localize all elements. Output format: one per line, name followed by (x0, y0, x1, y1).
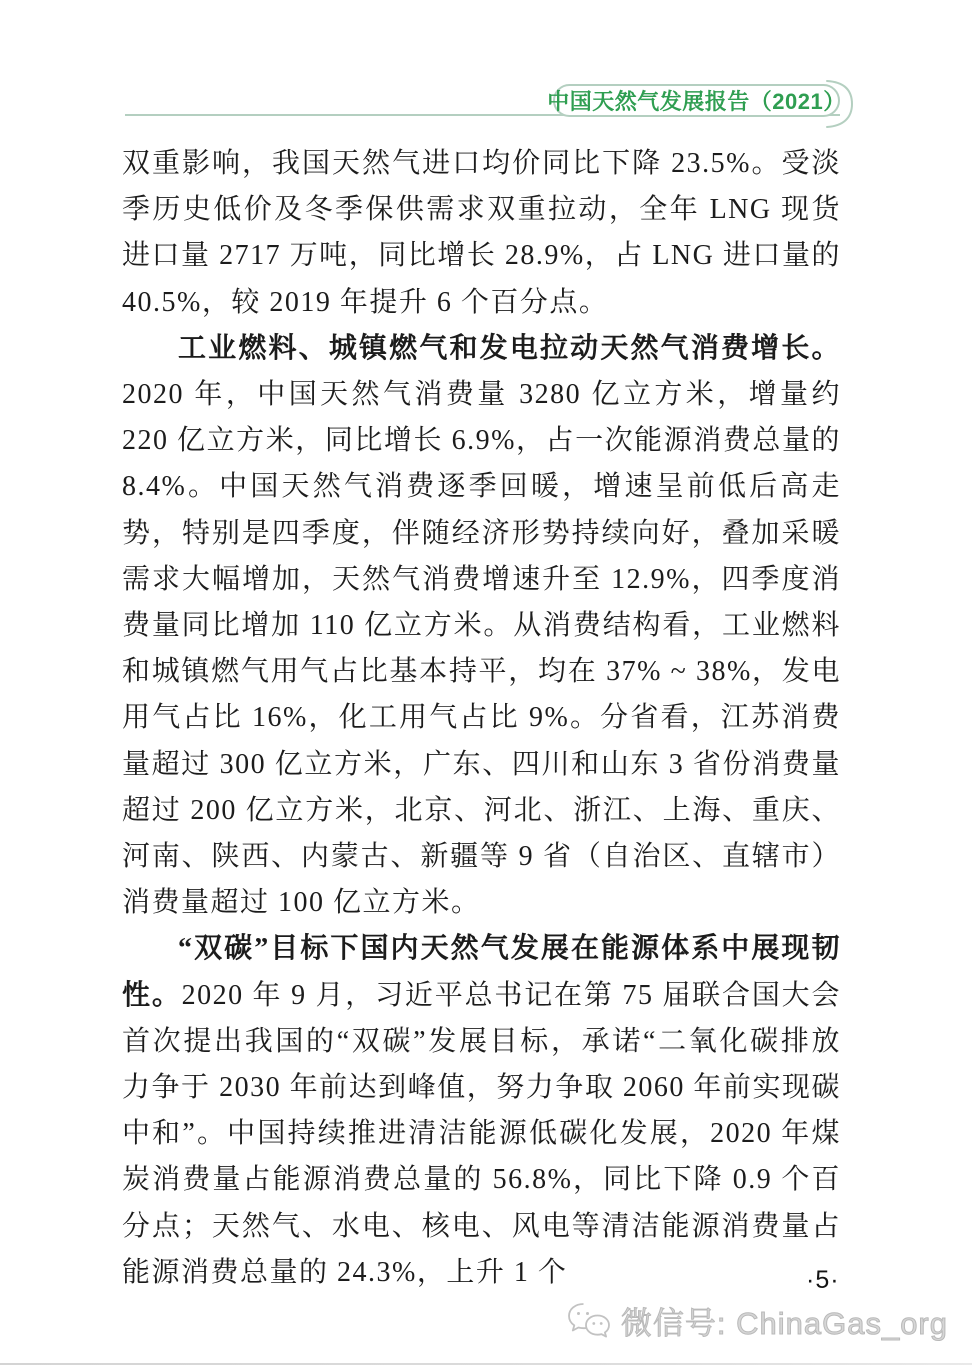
paragraph-lead-text: 工业燃料、城镇燃气和发电拉动天然气消费增长。 (178, 333, 841, 364)
document-page: 中国天然气发展报告（2021） 双重影响，我国天然气进口均价同比下降 23.5%… (0, 0, 972, 1365)
report-title-badge: 中国天然气发展报告（2021） (553, 84, 840, 117)
paragraph-consumption-growth: 工业燃料、城镇燃气和发电拉动天然气消费增长。2020 年，中国天然气消费量 32… (122, 326, 841, 927)
page-title: 中国天然气发展报告（2021） (547, 85, 845, 116)
page-number: ·5· (806, 1266, 840, 1295)
paragraph-dual-carbon: “双碳”目标下国内天然气发展在能源体系中展现韧性。2020 年 9 月，习近平总… (122, 926, 841, 1296)
wechat-icon (566, 1301, 612, 1341)
paragraph-text: 2020 年，中国天然气消费量 3280 亿立方米，增量约 220 亿立方米，同… (122, 379, 841, 918)
title-outer-arc (824, 77, 858, 131)
watermark: 微信号: ChinaGas_org (566, 1298, 948, 1343)
paragraph-text: 2020 年 9 月，习近平总书记在第 75 届联合国大会首次提出我国的“双碳”… (122, 980, 841, 1288)
body-text: 双重影响，我国天然气进口均价同比下降 23.5%。受淡季历史低价及冬季保供需求双… (122, 141, 841, 1296)
paragraph-text: 双重影响，我国天然气进口均价同比下降 23.5%。受淡季历史低价及冬季保供需求双… (122, 148, 841, 318)
watermark-text: 微信号: ChinaGas_org (621, 1298, 948, 1343)
paragraph-import-price: 双重影响，我国天然气进口均价同比下降 23.5%。受淡季历史低价及冬季保供需求双… (122, 141, 841, 326)
